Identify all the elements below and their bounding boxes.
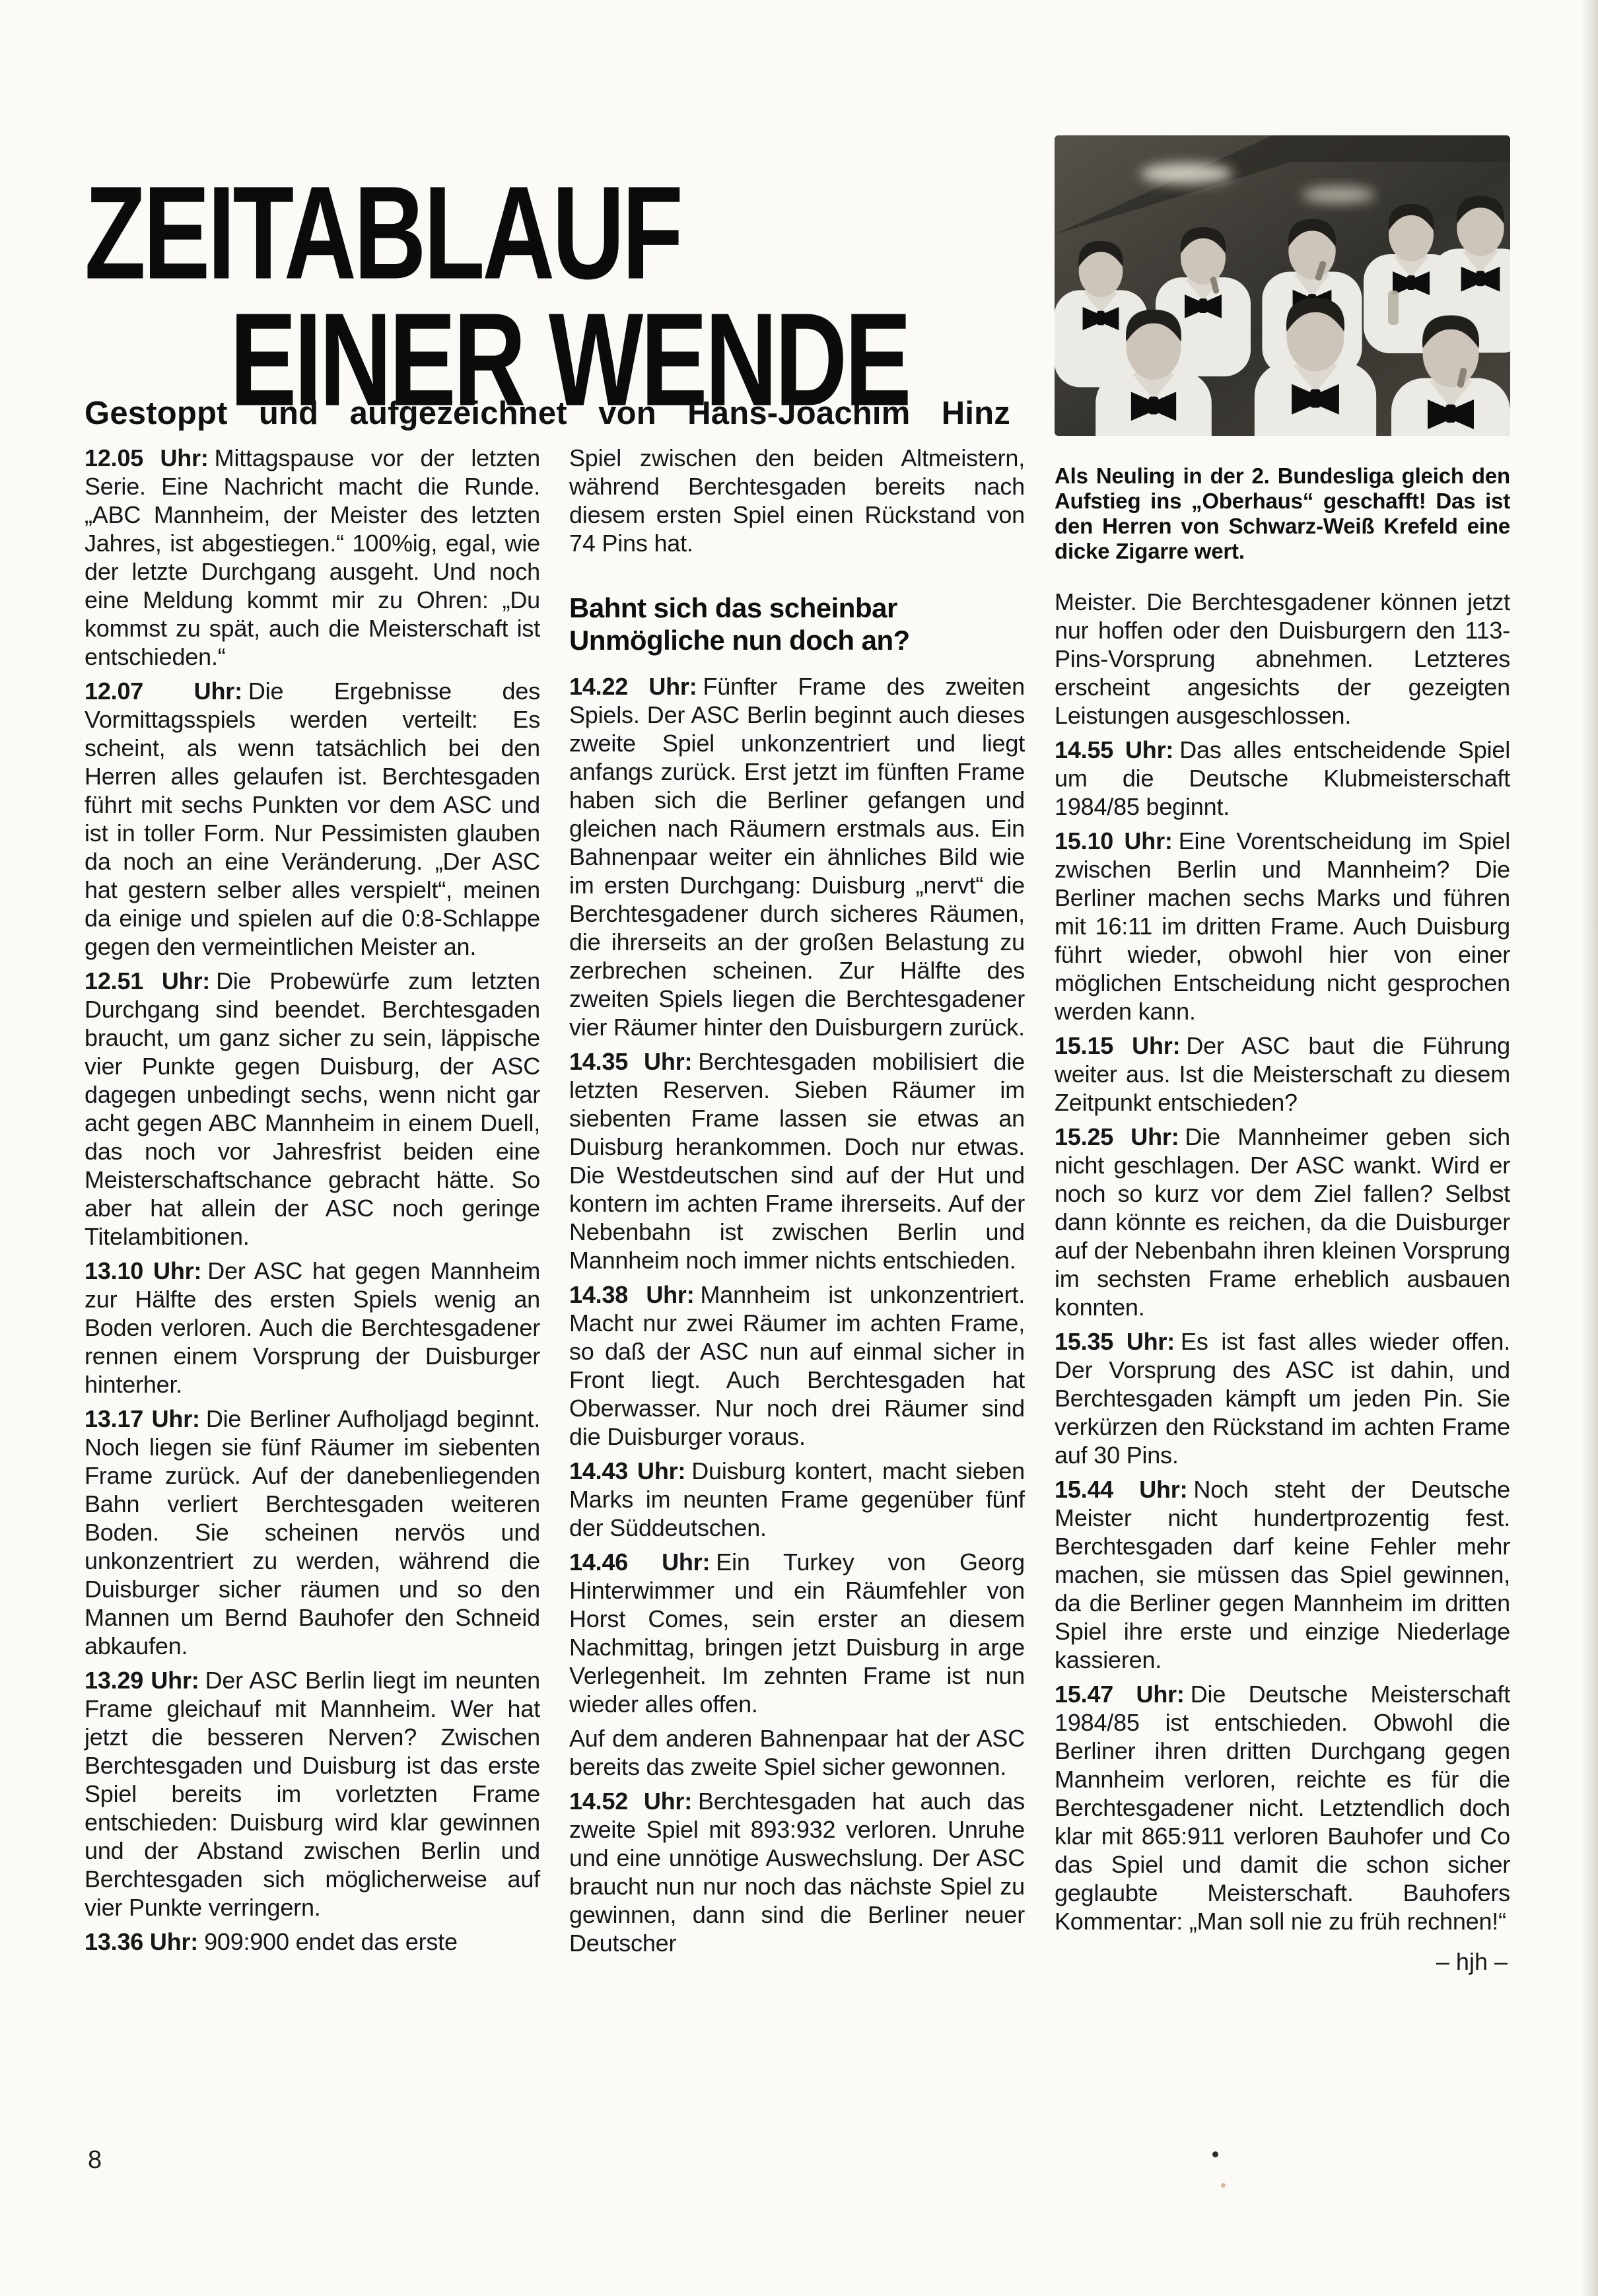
paragraph-text: Die Mannheimer geben sich nicht geschlag… xyxy=(1055,1123,1510,1321)
byline: Gestoppt und aufgezeichnet von Hans-Joac… xyxy=(85,395,1010,432)
timestamp: 13.36 Uhr: xyxy=(85,1928,204,1955)
timestamp: 14.52 Uhr: xyxy=(569,1788,698,1815)
article-paragraph: 14.35 Uhr:Berchtesgaden mobilisiert die … xyxy=(569,1047,1025,1274)
paragraph-text: Noch steht der Deutsche Meister nicht hu… xyxy=(1055,1476,1510,1673)
timestamp: 14.46 Uhr: xyxy=(569,1548,716,1576)
ceiling-light xyxy=(1302,186,1375,203)
article-paragraph: 15.44 Uhr:Noch steht der Deutsche Meiste… xyxy=(1055,1475,1510,1674)
paragraph-text: Berchtesgaden mobilisiert die letzten Re… xyxy=(569,1048,1025,1274)
paragraph-text: Die Ergebnisse des Vormittagsspiels werd… xyxy=(85,678,540,960)
article-column-1: 12.05 Uhr:Mittagspause vor der letzten S… xyxy=(85,444,540,1956)
timestamp: 13.17 Uhr: xyxy=(85,1405,206,1432)
magazine-page: ZEITABLAUF EINER WENDE Gestoppt und aufg… xyxy=(0,0,1598,2296)
article-paragraph: 12.51 Uhr:Die Probewürfe zum letzten Dur… xyxy=(85,967,540,1251)
timestamp: 14.35 Uhr: xyxy=(569,1048,698,1075)
article-column-2: Spiel zwischen den beiden Altmeistern, w… xyxy=(569,444,1025,1957)
ink-speck xyxy=(1221,2183,1226,2188)
article-paragraph: 13.36 Uhr:909:900 endet das erste xyxy=(85,1928,540,1956)
section-subhead: Bahnt sich das scheinbar Unmögliche nun … xyxy=(569,592,1025,656)
author-initials: – hjh – xyxy=(1055,1947,1510,1976)
article-paragraph: 13.17 Uhr:Die Berliner Aufholjagd beginn… xyxy=(85,1405,540,1660)
timestamp: 15.10 Uhr: xyxy=(1055,827,1179,854)
paragraph-text: 909:900 endet das erste xyxy=(204,1928,458,1955)
paragraph-text: Meister. Die Berchtesgadener können jetz… xyxy=(1055,588,1510,729)
bottle xyxy=(1388,291,1399,325)
paragraph-text: Eine Vorentscheidung im Spiel zwischen B… xyxy=(1055,827,1510,1025)
article-paragraph: Auf dem anderen Bahnenpaar hat der ASC b… xyxy=(569,1724,1025,1781)
ceiling-light xyxy=(1140,163,1233,184)
ink-speck xyxy=(1212,2151,1218,2157)
team-photo-illustration xyxy=(1055,135,1510,436)
article-paragraph: 13.10 Uhr:Der ASC hat gegen Mannheim zur… xyxy=(85,1257,540,1399)
timestamp: 15.15 Uhr: xyxy=(1055,1032,1186,1059)
article-paragraph: 14.55 Uhr:Das alles entscheidende Spiel … xyxy=(1055,736,1510,821)
article-paragraph: 13.29 Uhr:Der ASC Berlin liegt im neunte… xyxy=(85,1666,540,1922)
paragraph-text: Auf dem anderen Bahnenpaar hat der ASC b… xyxy=(569,1725,1025,1780)
article-paragraph: 15.35 Uhr:Es ist fast alles wieder offen… xyxy=(1055,1327,1510,1469)
article-paragraph: 15.10 Uhr:Eine Vorentscheidung im Spiel … xyxy=(1055,827,1510,1026)
timestamp: 14.55 Uhr: xyxy=(1055,736,1179,763)
article-paragraph: 14.22 Uhr:Fünfter Frame des zweiten Spie… xyxy=(569,672,1025,1041)
paragraph-text: Fünfter Frame des zweiten Spiels. Der AS… xyxy=(569,673,1025,1041)
timestamp: 12.51 Uhr: xyxy=(85,967,216,994)
article-paragraph: 14.52 Uhr:Berchtesgaden hat auch das zwe… xyxy=(569,1787,1025,1957)
paragraph-text: Mittagspause vor der letzten Serie. Eine… xyxy=(85,444,540,670)
timestamp: 15.35 Uhr: xyxy=(1055,1328,1181,1355)
timestamp: 15.47 Uhr: xyxy=(1055,1681,1191,1708)
timestamp: 14.43 Uhr: xyxy=(569,1457,691,1484)
photo-caption: Als Neuling in der 2. Bundesliga gleich … xyxy=(1055,464,1510,564)
timestamp: 12.05 Uhr: xyxy=(85,444,215,471)
article-column-3: Als Neuling in der 2. Bundesliga gleich … xyxy=(1055,135,1510,1976)
page-edge-shadow xyxy=(1581,0,1598,2296)
timestamp: 15.44 Uhr: xyxy=(1055,1476,1193,1503)
article-paragraph-continuation: Spiel zwischen den beiden Altmeistern, w… xyxy=(569,444,1025,557)
timestamp: 14.38 Uhr: xyxy=(569,1281,701,1308)
page-number: 8 xyxy=(88,2146,102,2174)
paragraph-text: Die Berliner Aufholjagd beginnt. Noch li… xyxy=(85,1405,540,1659)
article-paragraph: 12.05 Uhr:Mittagspause vor der letzten S… xyxy=(85,444,540,671)
timestamp: 14.22 Uhr: xyxy=(569,673,703,700)
paragraph-text: Die Probewürfe zum letzten Durchgang sin… xyxy=(85,967,540,1250)
team-photo xyxy=(1055,135,1510,436)
article-paragraph: 14.43 Uhr:Duisburg kontert, macht sieben… xyxy=(569,1457,1025,1542)
timestamp: 13.29 Uhr: xyxy=(85,1667,205,1694)
article-paragraph: 14.38 Uhr:Mannheim ist unkonzentriert. M… xyxy=(569,1280,1025,1451)
article-paragraph: 15.15 Uhr:Der ASC baut die Führung weite… xyxy=(1055,1031,1510,1117)
article-paragraph: 15.25 Uhr:Die Mannheimer geben sich nich… xyxy=(1055,1123,1510,1321)
article-paragraph: 12.07 Uhr:Die Ergebnisse des Vormittagss… xyxy=(85,677,540,961)
timestamp: 13.10 Uhr: xyxy=(85,1257,207,1284)
paragraph-text: Die Deutsche Meisterschaft 1984/85 ist e… xyxy=(1055,1681,1510,1935)
article-paragraph: 14.46 Uhr:Ein Turkey von Georg Hinterwim… xyxy=(569,1548,1025,1718)
article-paragraph-continuation: Meister. Die Berchtesgadener können jetz… xyxy=(1055,588,1510,730)
paragraph-text: Spiel zwischen den beiden Altmeistern, w… xyxy=(569,444,1025,557)
timestamp: 15.25 Uhr: xyxy=(1055,1123,1185,1150)
paragraph-text: Der ASC Berlin liegt im neunten Frame gl… xyxy=(85,1667,540,1921)
timestamp: 12.07 Uhr: xyxy=(85,678,248,705)
article-paragraph: 15.47 Uhr:Die Deutsche Meisterschaft 198… xyxy=(1055,1680,1510,1935)
article-column-3-body: Meister. Die Berchtesgadener können jetz… xyxy=(1055,588,1510,1976)
